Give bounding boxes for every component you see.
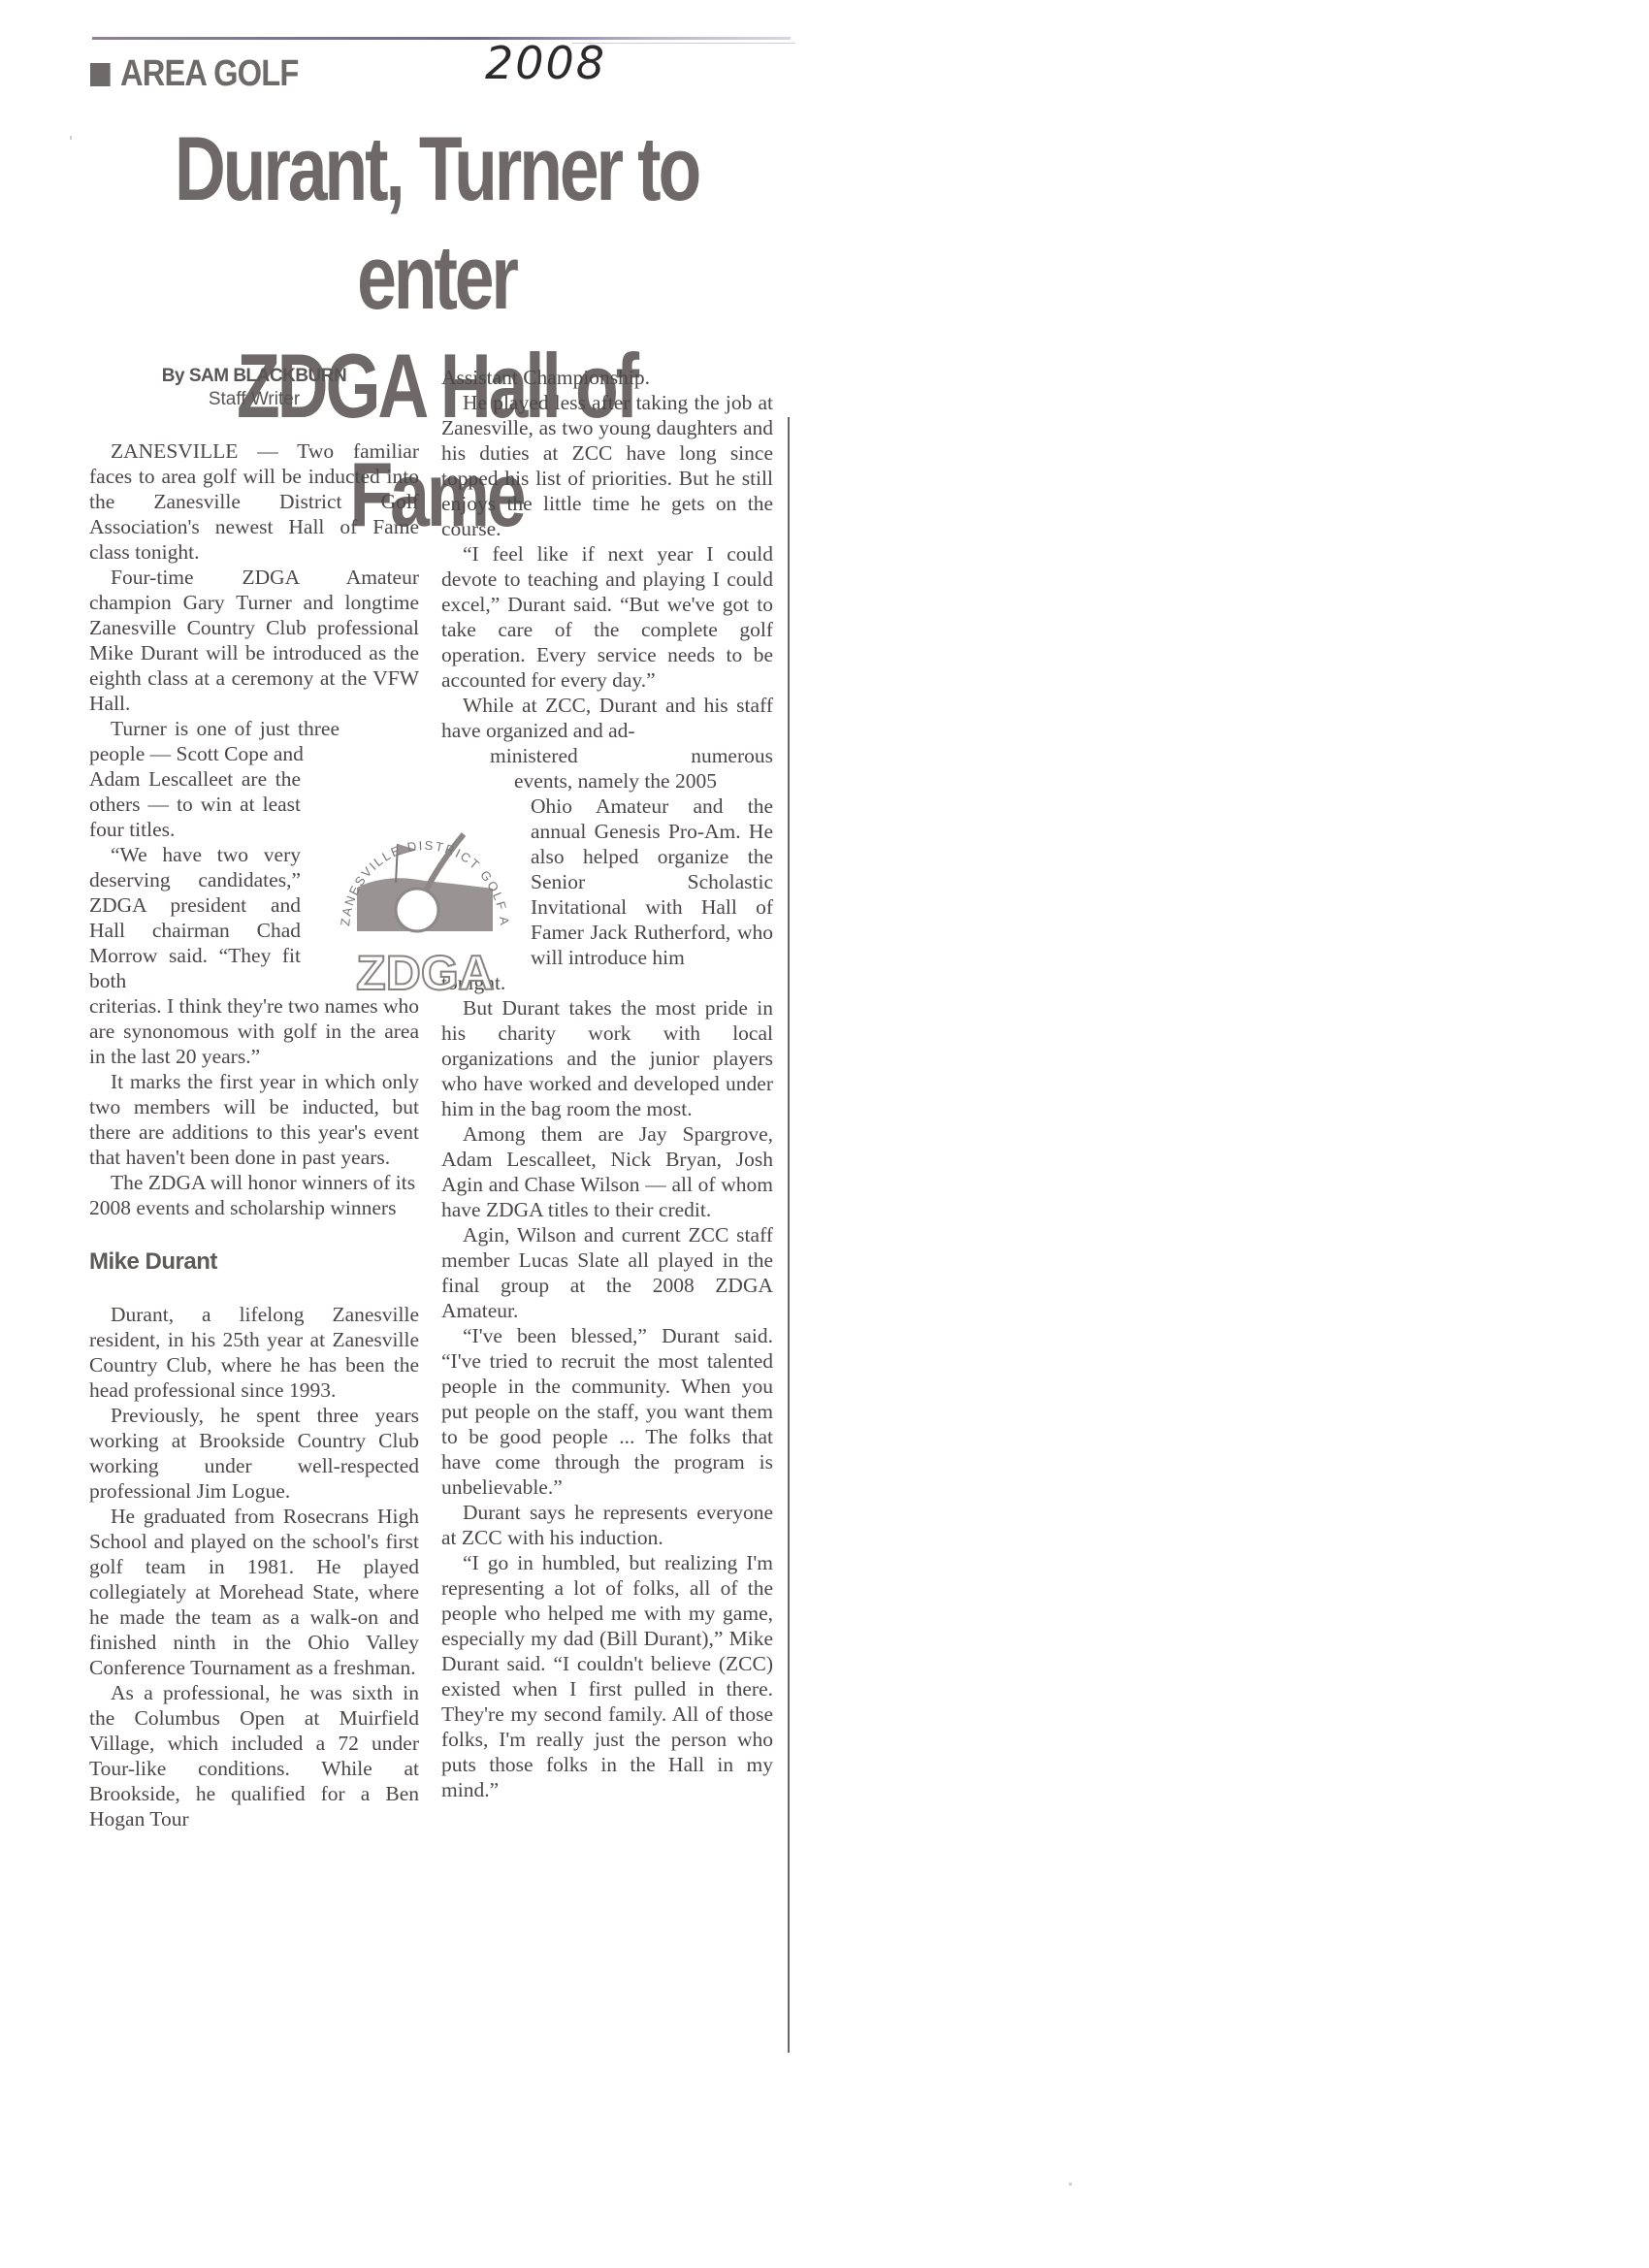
paragraph: He graduated from Rosecrans High School … — [89, 1504, 419, 1680]
handwritten-year: 2008 — [485, 37, 606, 89]
paragraph: Adam Lescalleet are the others — to win … — [89, 766, 301, 842]
paragraph: Turner is one of just three people — Sco… — [89, 716, 339, 766]
paragraph: “I feel like if next year I could devote… — [441, 541, 773, 693]
subhead-mike-durant: Mike Durant — [89, 1249, 419, 1275]
byline-title: Staff Writer — [89, 388, 419, 411]
paragraph: As a professional, he was sixth in the C… — [89, 1680, 419, 1831]
paragraph: Among them are Jay Spargrove, Adam Lesca… — [441, 1121, 773, 1222]
paragraph: “We have two very deserving candidates,”… — [89, 842, 301, 993]
paragraph: Durant says he represents everyone at ZC… — [441, 1500, 773, 1550]
paragraph: Assistant Championship. — [441, 365, 773, 390]
article-column-right: Assistant Championship. He played less a… — [441, 365, 773, 1802]
paragraph: It marks the first year in which only tw… — [89, 1069, 419, 1170]
byline-author: By SAM BLACKBURN — [89, 365, 419, 388]
paragraph: Previously, he spent three years working… — [89, 1403, 419, 1504]
section-label: AREA GOLF — [90, 53, 298, 95]
paragraph: Four-time ZDGA Amateur champion Gary Tur… — [89, 565, 419, 716]
headline-line-1: Durant, Turner to enter — [160, 114, 712, 332]
section-square-icon — [90, 63, 111, 86]
paragraph: Durant, a lifelong Zanesville resident, … — [89, 1302, 419, 1403]
paragraph: ZANESVILLE — Two familiar faces to area … — [89, 438, 419, 565]
scan-speck — [70, 136, 72, 140]
logo-wrap-text: Adam Lescalleet are the others — to win … — [89, 766, 301, 993]
scan-speck — [1069, 2183, 1072, 2186]
paragraph: He played less after taking the job at Z… — [441, 390, 773, 541]
paragraph: events, namely the 2005 — [441, 768, 773, 794]
logo-wordmark: ZDGA — [356, 946, 494, 1000]
section-label-text: AREA GOLF — [120, 53, 298, 95]
byline: By SAM BLACKBURN Staff Writer — [89, 365, 419, 411]
top-rule — [92, 37, 791, 40]
paragraph: But Durant takes the most pride in his c… — [441, 995, 773, 1121]
paragraph: ministered numerous — [441, 743, 773, 768]
article-column-left: By SAM BLACKBURN Staff Writer ZANESVILLE… — [89, 365, 419, 1831]
zdga-logo: ZANESVILLE DISTRICT GOLF ASSOCIATION ZDG… — [328, 795, 522, 1009]
paragraph: “I've been blessed,” Durant said. “I've … — [441, 1323, 773, 1500]
paragraph: The ZDGA will honor winners of its 2008 … — [89, 1170, 419, 1220]
column-rule — [788, 417, 790, 2053]
paragraph: Agin, Wilson and current ZCC staff membe… — [441, 1222, 773, 1323]
paragraph: While at ZCC, Durant and his staff have … — [441, 693, 773, 743]
paragraph: “I go in humbled, but realizing I'm repr… — [441, 1550, 773, 1802]
